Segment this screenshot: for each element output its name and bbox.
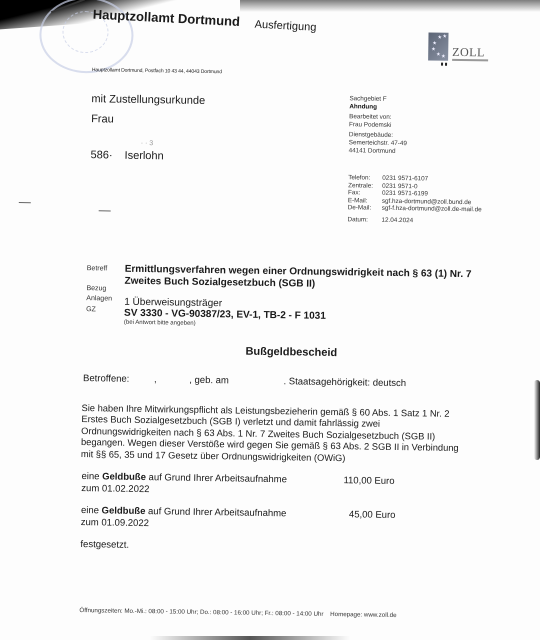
- fine-reason: auf Grund Ihrer Arbeitsaufnahme: [148, 472, 287, 485]
- closing-text: festgesetzt.: [80, 539, 129, 551]
- fine-reason: auf Grund Ihrer Arbeitsaufnahme: [148, 506, 287, 519]
- fine-amount: 110,00 Euro: [343, 475, 394, 488]
- de-mail-link[interactable]: sgf-f.hza-dortmund@zoll.de-mail.de: [382, 205, 482, 214]
- processed-by: Frau Podemski: [349, 121, 407, 130]
- star-icon: ★: [437, 36, 442, 41]
- opening-hours: Öffnungszeiten: Mo.-Mi.: 08:00 - 15:00 U…: [79, 607, 323, 618]
- subject-label: Betreff: [87, 265, 108, 272]
- logo-mark: [441, 63, 443, 66]
- affected-nationality: . Staatsagehörigkeit: deutsch: [283, 376, 406, 389]
- star-icon: ★: [436, 53, 441, 58]
- file-number-label: GZ: [86, 306, 96, 313]
- fine-label: Geldbuße: [102, 471, 146, 483]
- return-address: Hauptzollamt Dortmund, Postfach 10 43 44…: [92, 67, 222, 75]
- recipient-postal-code: 586·: [90, 149, 112, 161]
- fine-prefix: eine: [81, 471, 99, 482]
- delivery-note: mit Zustellungsurkunde: [91, 93, 205, 107]
- letter-date: 12.04.2024: [382, 217, 414, 224]
- phone-value: 0231 9571-6107: [382, 175, 428, 183]
- date-row: Datum:12.04.2024: [348, 216, 482, 226]
- fine-amount: 45,00 Euro: [349, 509, 396, 522]
- contact-row: De-Mail:sgf-f.hza-dortmund@zoll.de-mail.…: [348, 205, 482, 215]
- star-icon: ★: [431, 47, 436, 52]
- zoll-logo: ★ ★ ★ ★ ★ ★ ZOLL: [428, 32, 491, 69]
- letter-page: Hauptzollamt Dortmund Ausfertigung Haupt…: [0, 0, 540, 640]
- homepage-link[interactable]: Homepage: www.zoll.de: [330, 611, 396, 619]
- affected-birth-label: , geb. am: [189, 375, 229, 387]
- logo-mark: [445, 63, 447, 66]
- document-heading: Bußgeldbescheid: [245, 346, 337, 359]
- recipient-city: Iserlohn: [124, 150, 163, 163]
- recipient-street: · · 3: [141, 140, 154, 147]
- switchboard-value: 0231 9571-0: [382, 182, 417, 190]
- date-label: Datum:: [348, 216, 382, 224]
- copy-label: Ausfertigung: [254, 19, 316, 34]
- contact-block: Telefon:0231 9571-6107 Zentrale:0231 957…: [348, 174, 483, 226]
- file-number-note: (bei Antwort bitte angeben): [124, 320, 196, 327]
- logo-bar: [452, 59, 488, 62]
- fine-prefix: eine: [81, 505, 99, 516]
- contact-label: De-Mail:: [348, 205, 382, 213]
- fine-label: Geldbuße: [102, 505, 146, 517]
- violation-paragraph: Sie haben Ihre Mitwirkungspflicht als Le…: [81, 403, 459, 466]
- star-icon: ★: [442, 35, 447, 40]
- building-city: 44141 Dortmund: [349, 147, 407, 156]
- fax-value: 0231 9571-6199: [382, 190, 428, 198]
- affected-label: Betroffene:: [83, 373, 129, 385]
- star-icon: ★: [441, 55, 446, 60]
- fine-item-2: eine Geldbuße auf Grund Ihrer Arbeitsauf…: [81, 505, 411, 534]
- fold-mark: [19, 202, 31, 203]
- subject-line-2: Zweites Buch Sozialgesetzbuch (SGB II): [125, 276, 316, 290]
- info-block: Sachgebiet F Ahndung Bearbeitet von: Fra…: [349, 95, 408, 155]
- recipient-salutation: Frau: [91, 113, 114, 125]
- department-name: Ahndung: [349, 103, 407, 112]
- affected-person-row: Betroffene: , , geb. am . Staatsagehörig…: [83, 373, 406, 389]
- fine-item-1: eine Geldbuße auf Grund Ihrer Arbeitsauf…: [81, 471, 411, 500]
- fold-mark: [99, 210, 111, 211]
- attachments-label: Anlagen: [86, 295, 112, 302]
- affected-name-redacted: ,: [154, 374, 157, 385]
- reference-label: Bezug: [86, 285, 106, 292]
- footer-row: Öffnungszeiten: Mo.-Mi.: 08:00 - 15:00 U…: [79, 607, 396, 619]
